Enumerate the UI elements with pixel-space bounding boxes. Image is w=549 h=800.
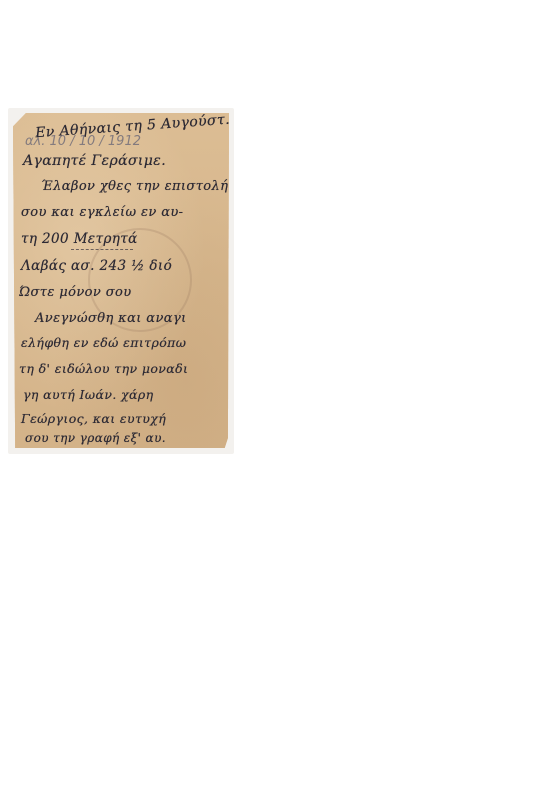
letter-line-11: γη αυτή Ιωάν. χάρη	[23, 387, 154, 402]
underline-amount	[71, 249, 133, 250]
letter-line-8: Ανεγνώσθη και αναγι	[35, 311, 187, 326]
letter-line-13: σου την γραφή εξ' αυ.	[25, 431, 166, 445]
letter-line-salutation: Αγαπητέ Γεράσιμε.	[23, 153, 166, 169]
letter-line-10: τη δ' ειδώλου την μοναδι	[19, 361, 188, 376]
letter-line-9: ελήφθη εν εδώ επιτρόπω	[21, 335, 186, 350]
letter-line-6: Λαβάς ασ. 243 ½ διό	[21, 258, 172, 274]
letter-line-7: Ώστε μόνον σου	[19, 285, 132, 300]
letter-line-3: Έλαβον χθες την επιστολήν	[41, 179, 237, 194]
letter-line-date: Εν Αθήναις τη 5 Αυγούστ. 1912	[35, 109, 273, 142]
letter-line-4: σου και εγκλείω εν αυ-	[21, 205, 183, 220]
letter-line-5: τη 200 Μετρητά	[21, 231, 138, 247]
letter-paper: αλ. 10 / 10 / 1912 Εν Αθήναις τη 5 Αυγού…	[13, 113, 229, 448]
letter-line-12: Γεώργιος, και ευτυχή	[21, 411, 166, 426]
